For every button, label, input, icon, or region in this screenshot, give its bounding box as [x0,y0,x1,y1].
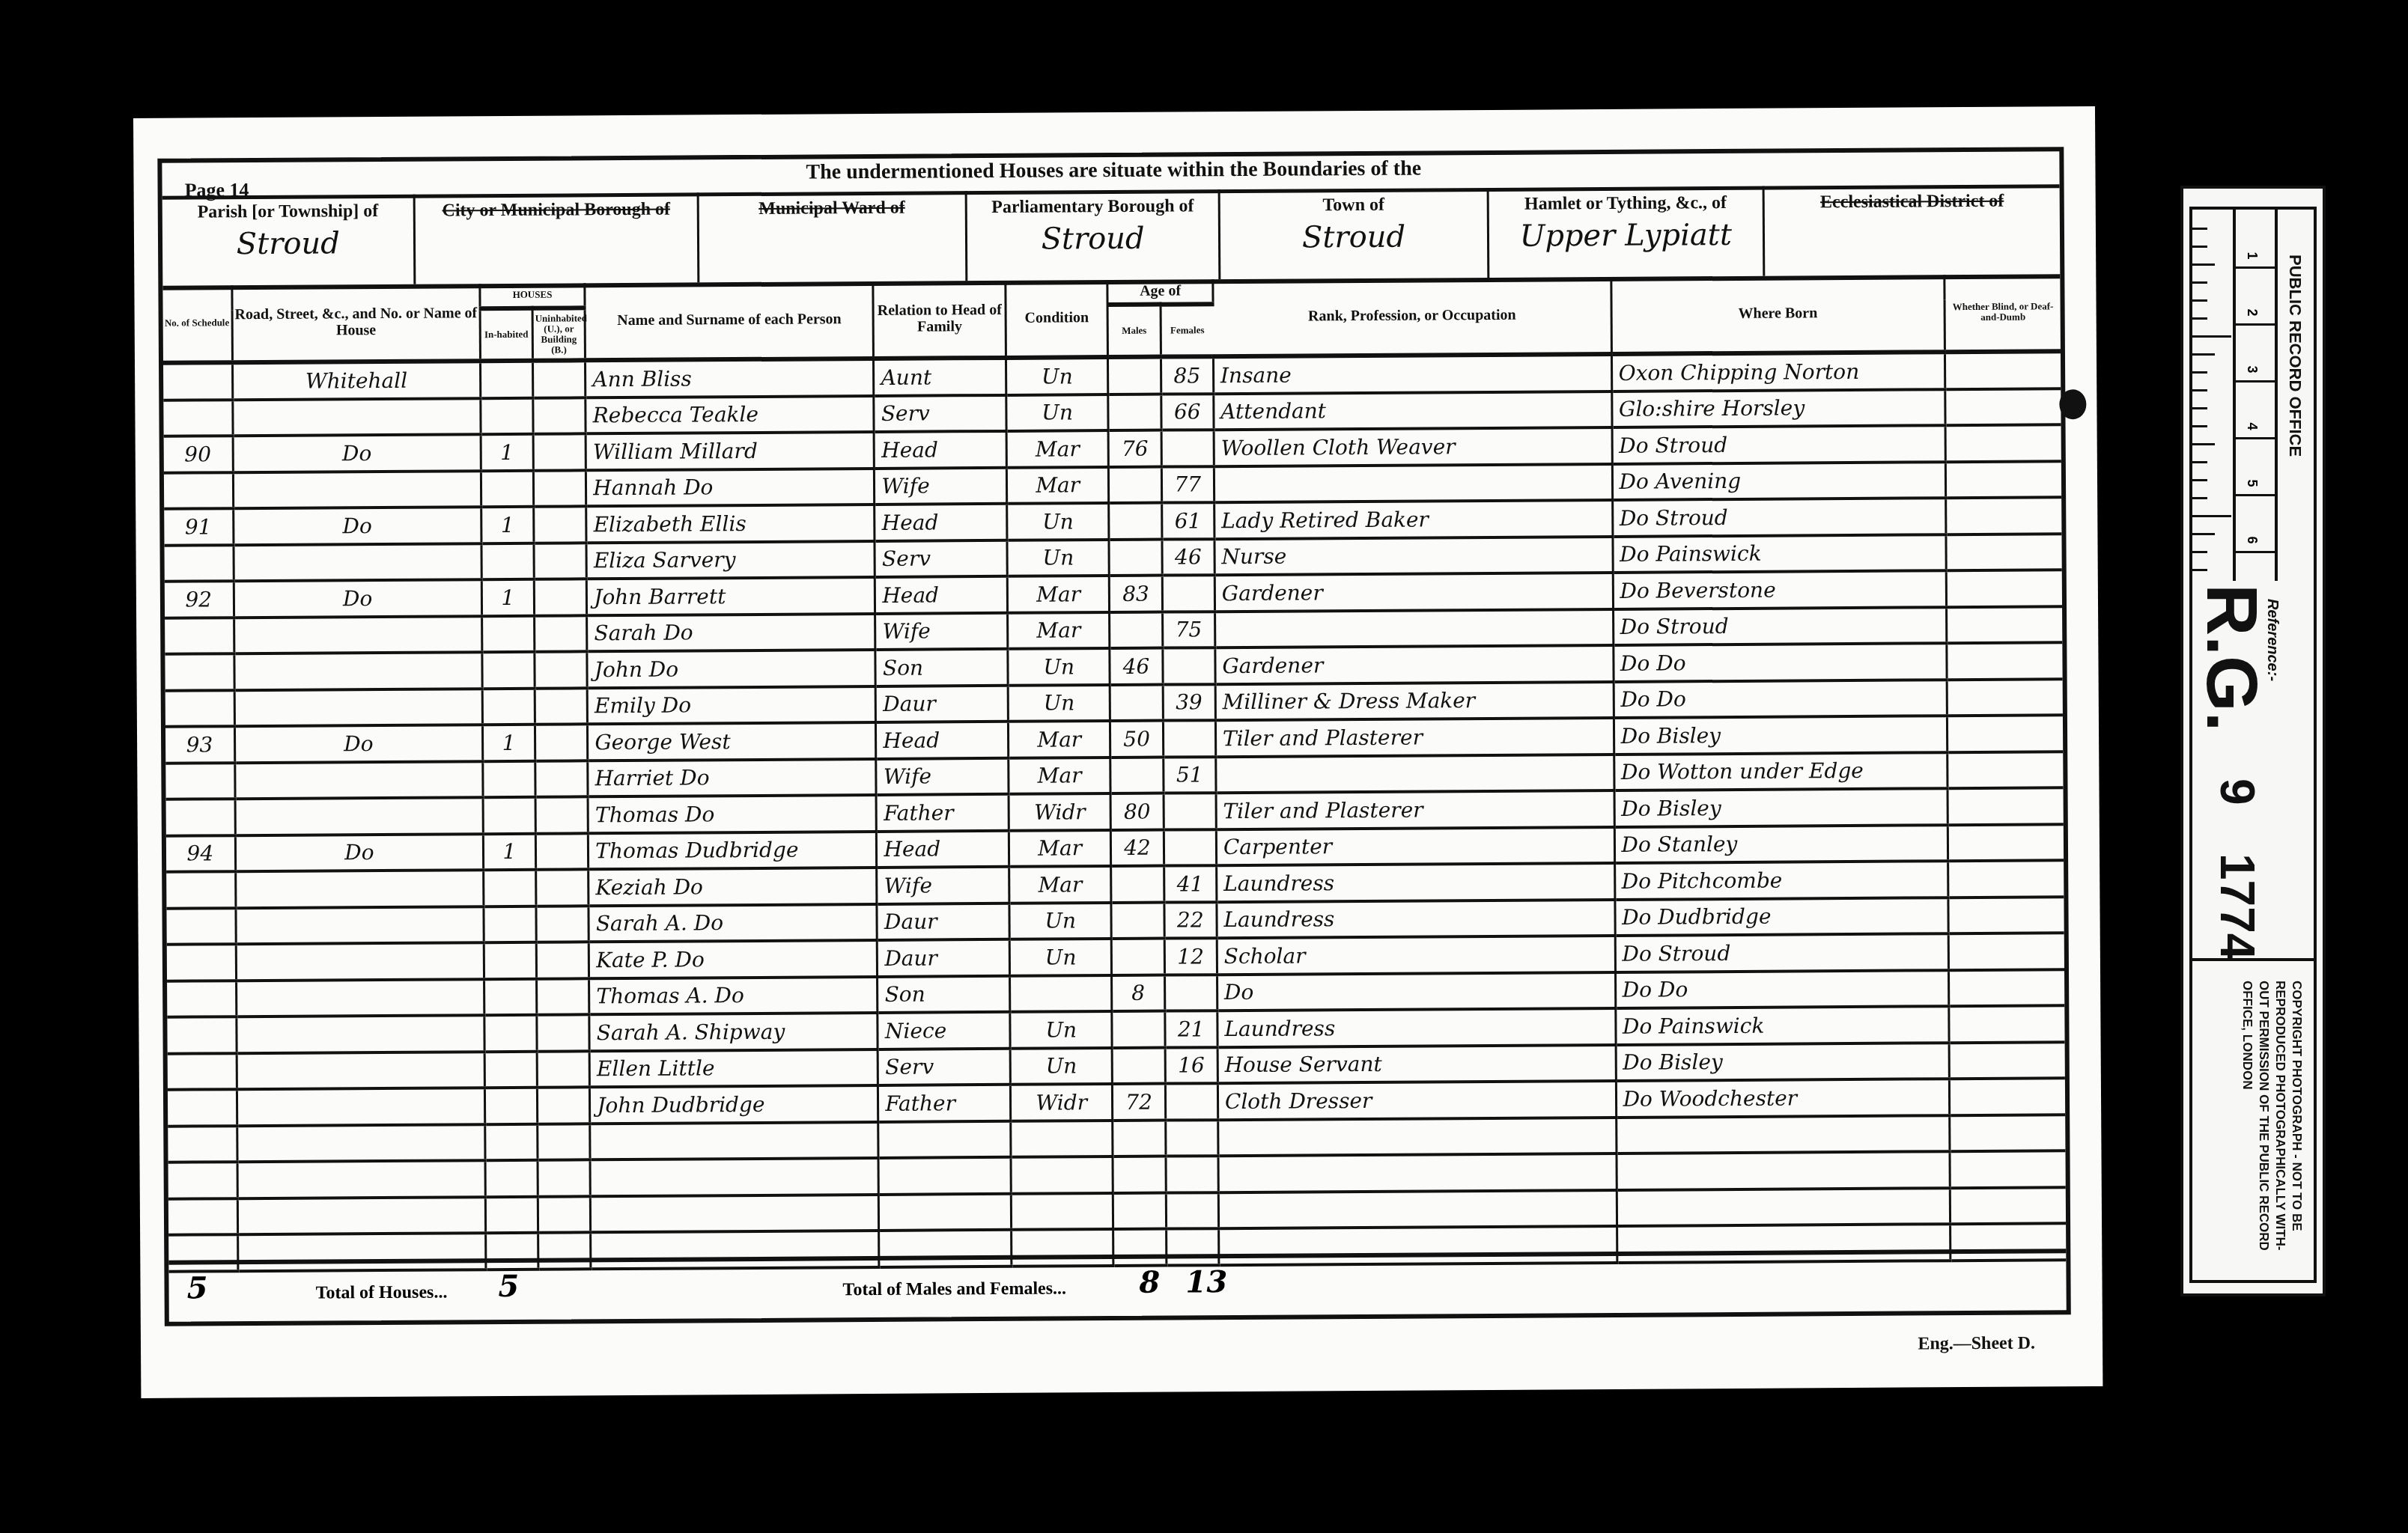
female-age-cell: 21 [1164,1011,1217,1047]
name-cell: William Millard [586,432,874,470]
relation-cell: Head [875,431,1007,469]
divider [2192,958,2314,961]
road-cell [233,398,481,436]
condition-cell: Un [1010,1011,1113,1048]
area-label: Hamlet or Tything, &c., of [1489,186,1762,213]
road-cell [236,979,484,1017]
ruler-tick [2192,228,2207,230]
birthplace-cell: Do Avening [1612,462,1946,500]
census-table: No. of Schedule Road, Street, &c., and N… [162,274,2066,1273]
condition-cell: Mar [1008,721,1110,758]
inhabited-cell: 1 [481,507,534,543]
male-age-cell [1113,1192,1167,1229]
blind-cell [1948,860,2064,897]
area-label: Ecclesiastical District of [1765,184,2060,211]
male-age-cell: 8 [1112,975,1165,1011]
uninhabited-cell [535,688,588,725]
ruler-tick [2192,281,2207,284]
name-cell: George West [588,722,876,761]
schedule-cell [164,545,234,582]
ruler-tick [2192,246,2207,248]
col-uninhabited: Uninhabited (U.), or Building (B.) [532,308,586,360]
ruler-tick [2192,371,2207,374]
inhabited-cell [481,543,535,579]
relation-cell: Son [878,975,1010,1013]
ruler-tick [2192,533,2215,535]
birthplace-cell: Do Do [1614,680,1948,718]
name-cell: Sarah A. Shipway [589,1013,878,1051]
uninhabited-cell [537,1087,590,1124]
blind-cell [1946,534,2062,570]
scale-cell: 5 [2233,437,2275,496]
schedule-cell [167,1017,237,1053]
area-value: Stroud [1220,219,1487,255]
schedule-cell [163,362,233,400]
female-age-cell [1166,1156,1219,1192]
area-value: Stroud [162,226,414,262]
uninhabited-cell [533,433,586,470]
persons-total-label: Total of Males and Females... [842,1278,1066,1300]
male-age-cell: 50 [1110,721,1164,758]
name-cell: Thomas A. Do [589,976,878,1014]
name-cell: Emily Do [587,686,875,724]
uninhabited-cell [533,470,586,507]
female-age-cell [1163,720,1216,757]
uninhabited-cell [537,1014,590,1051]
occupation-cell: Laundress [1216,863,1614,902]
schedules-count: 5 [186,1270,207,1305]
relation-cell: Daur [877,903,1009,940]
road-cell: Do [234,725,482,763]
birthplace-cell: Do Bisley [1616,1043,1950,1081]
area-0: Parish [or Township] ofStroud [162,195,416,286]
male-age-cell [1109,503,1162,540]
occupation-cell: Insane [1213,354,1611,394]
schedule-cell [163,400,233,436]
inhabited-cell [482,652,535,689]
name-cell: Rebecca Teakle [586,395,874,433]
schedule-cell [164,472,234,509]
name-cell: Harriet Do [588,758,876,796]
schedule-cell [168,1053,237,1090]
road-cell [236,942,484,981]
occupation-cell: Laundress [1217,899,1615,938]
scale-cell: 3 [2233,323,2275,383]
males-total-value: 8 [1139,1265,1160,1300]
birthplace-cell: Glo:shire Horsley [1611,389,1945,427]
road-cell [237,1015,484,1053]
schedule-cell [168,1089,237,1126]
condition-cell [1011,1121,1113,1157]
office-name: PUBLIC RECORD OFFICE [2285,255,2305,457]
schedule-cell [168,1198,238,1235]
birthplace-cell: Do Woodchester [1616,1079,1950,1117]
road-cell [233,471,481,509]
reference-prefix: R.G. [2195,584,2267,731]
occupation-cell [1218,1153,1617,1192]
relation-cell [879,1193,1012,1231]
occupation-cell: Nurse [1214,536,1613,575]
blind-cell [1946,606,2062,643]
area-4: Town ofStroud [1220,188,1489,279]
road-cell [237,1160,485,1198]
inhabited-cell [484,1051,538,1088]
birthplace-cell: Do Stroud [1612,425,1946,463]
col-females: Females [1161,304,1214,356]
area-5: Hamlet or Tything, &c., ofUpper Lypiatt [1489,186,1765,278]
male-age-cell [1109,539,1162,576]
name-cell [590,1158,878,1196]
ruler-tick [2192,497,2207,499]
road-cell [237,1197,485,1235]
inch-ruler [2192,210,2236,581]
schedule-cell: 91 [164,508,234,545]
female-age-cell: 46 [1162,539,1215,576]
condition-cell [1011,1193,1113,1230]
blind-cell [1945,388,2061,425]
relation-cell: Head [877,830,1009,868]
blind-cell [1949,1042,2065,1079]
inhabited-cell [483,797,536,834]
male-age-cell [1110,612,1163,648]
name-cell: Hannah Do [586,468,875,506]
census-form: Page 14 The undermentioned Houses are si… [157,147,2070,1326]
name-cell: Elizabeth Ellis [586,505,875,543]
ruler-tick [2192,353,2215,356]
occupation-cell [1214,609,1613,647]
name-cell: John Do [587,650,875,688]
birthplace-cell: Do Bisley [1614,788,1948,826]
condition-cell: Widr [1010,1084,1113,1121]
relation-cell: Daur [876,685,1009,722]
inhabited-cell [485,1196,538,1233]
male-age-cell [1113,1120,1166,1156]
relation-cell: Wife [875,612,1008,650]
cm-scale: 123456 [2233,210,2278,581]
occupation-cell: Cloth Dresser [1217,1081,1616,1120]
female-age-cell: 77 [1161,466,1214,503]
condition-cell: Mar [1006,467,1109,504]
relation-cell: Serv [874,394,1006,432]
occupation-cell [1216,754,1614,793]
uninhabited-cell [538,1196,591,1233]
blind-cell [1947,679,2063,716]
area-label: Municipal Ward of [699,191,965,218]
col-houses: HOUSES [480,283,586,308]
relation-cell: Wife [875,467,1007,505]
blind-cell [1949,1078,2065,1115]
blind-cell [1945,424,2061,461]
uninhabited-cell [538,1124,591,1160]
name-cell [591,1194,879,1232]
condition-cell: Mar [1009,866,1112,903]
scale-cell: 1 [2233,210,2275,269]
blind-cell [1948,752,2064,788]
ruler-tick [2192,515,2231,517]
occupation-cell: Tiler and Plasterer [1216,790,1614,829]
female-age-cell [1162,647,1215,684]
occupation-cell: Gardener [1215,645,1614,684]
name-cell: Sarah A. Do [589,903,877,942]
blind-cell [1945,461,2061,498]
area-2: Municipal Ward of [699,191,967,282]
inhabited-cell [483,761,536,797]
scale-number: 3 [2244,365,2260,373]
road-cell [237,1052,484,1090]
male-age-cell [1112,939,1165,975]
condition-cell [1010,975,1113,1012]
female-age-cell: 16 [1165,1047,1218,1084]
condition-cell: Mar [1009,758,1111,794]
uninhabited-cell [534,579,587,615]
occupation-cell: Tiler and Plasterer [1215,718,1614,757]
area-label: Town of [1220,188,1487,215]
ruler-tick [2192,551,2207,553]
road-cell [234,652,482,690]
condition-cell: Un [1006,357,1108,394]
occupation-cell [1218,1189,1617,1228]
schedule-cell: 90 [164,436,234,472]
relation-cell: Serv [875,540,1007,577]
schedule-cell [167,944,237,981]
col-age: Age of [1107,279,1213,305]
col-males: Males [1107,305,1161,357]
road-cell [235,870,483,908]
female-age-cell: 75 [1162,612,1215,648]
ruler-tick [2192,479,2207,481]
condition-cell [1011,1156,1113,1193]
male-age-cell: 83 [1110,576,1163,612]
female-age-cell: 41 [1164,865,1217,902]
road-cell [235,797,483,835]
inhabited-cell: 1 [481,434,534,471]
schedule-cell: 94 [166,835,236,872]
scale-number: 2 [2244,308,2260,316]
inhabited-cell [483,870,536,906]
relation-cell: Son [875,649,1008,686]
female-age-cell [1165,1120,1218,1156]
name-cell: John Dudbridge [590,1085,878,1124]
relation-cell: Wife [876,758,1009,795]
relation-cell: Head [876,722,1009,759]
name-cell: Eliza Sarvery [586,540,875,579]
uninhabited-cell [536,942,589,978]
male-age-cell: 46 [1110,648,1163,685]
condition-cell: Un [1008,685,1110,722]
reference-card: 123456 PUBLIC RECORD OFFICE Reference:- … [2180,186,2326,1296]
schedule-cell [165,763,235,799]
condition-cell: Mar [1008,612,1110,649]
condition-cell: Un [1009,903,1112,939]
blind-cell [1947,715,2063,752]
ruler-tick [2192,569,2207,571]
uninhabited-cell [534,506,587,543]
birthplace-cell: Do Beverstone [1613,570,1947,609]
condition-cell: Un [1007,540,1110,576]
houses-total-value: 5 [498,1269,519,1304]
blind-cell [1948,787,2064,824]
birthplace-cell: Do Stroud [1615,933,1949,972]
female-age-cell [1164,829,1217,866]
female-age-cell: 85 [1161,356,1214,394]
inhabited-cell [480,361,533,398]
uninhabited-cell [537,1051,590,1088]
reference-number: 1774 [2213,853,2261,960]
road-cell [234,689,482,727]
road-cell [237,1088,484,1126]
birthplace-cell: Do Dudbridge [1614,897,1948,936]
schedule-cell [165,653,234,690]
inhabited-cell [484,1088,538,1124]
schedule-cell [165,690,235,727]
occupation-cell: Attendant [1214,391,1612,430]
occupation-cell: Carpenter [1216,826,1614,865]
houses-total-label: Total of Houses... [316,1282,448,1303]
uninhabited-cell [536,869,589,906]
reference-piece: 9 [2213,778,2261,805]
ruler-tick [2192,443,2215,445]
scale-number: 4 [2244,422,2260,430]
uninhabited-cell [535,651,588,688]
road-cell [234,616,481,654]
uninhabited-cell [537,978,590,1015]
relation-cell: Daur [878,939,1010,977]
name-cell: Ellen Little [589,1049,878,1087]
inhabited-cell [481,397,534,434]
uninhabited-cell [538,1159,591,1196]
ruler-tick [2192,317,2207,320]
area-3: Parliamentary Borough ofStroud [967,189,1221,281]
occupation-cell: House Servant [1217,1044,1616,1083]
area-value [416,224,696,225]
birthplace-cell: Do Painswick [1612,534,1946,573]
ruler-tick [2192,389,2207,391]
birthplace-cell: Do Do [1615,970,1949,1008]
area-label: Parish [or Township] of [162,195,414,222]
female-age-cell [1166,1192,1219,1229]
occupation-cell: Laundress [1217,1008,1616,1047]
schedule-cell: 93 [165,726,235,763]
scale-cell: 6 [2233,494,2275,553]
female-age-cell [1161,430,1214,466]
male-age-cell [1108,394,1161,430]
relation-cell: Head [875,504,1007,541]
condition-cell: Mar [1006,430,1109,467]
female-age-cell [1165,1083,1218,1120]
occupation-cell: Gardener [1214,573,1613,612]
birthplace-cell: Do Painswick [1615,1006,1949,1044]
occupation-cell: Lady Retired Baker [1214,500,1613,539]
condition-cell: Un [1007,503,1110,540]
female-age-cell [1162,575,1215,612]
relation-cell: Head [875,576,1008,614]
road-cell [237,1124,485,1162]
schedule-cell: 92 [165,581,234,618]
area-value: Stroud [967,221,1219,257]
blind-cell [1948,933,2064,969]
occupation-cell: Milliner & Dress Maker [1215,681,1614,720]
blind-cell [1949,1005,2065,1042]
road-cell: Do [233,507,481,545]
uninhabited-cell [534,543,587,579]
area-value: Upper Lypiatt [1489,218,1763,254]
name-cell: Keziah Do [589,868,877,906]
condition-cell: Widr [1009,793,1111,830]
col-road: Road, Street, &c., and No. or Name of Ho… [232,284,481,362]
col-inhabited: In-habited [480,308,533,361]
road-cell [234,543,481,582]
blind-cell [1946,570,2062,606]
scale-number: 5 [2244,479,2260,487]
ruler-tick [2192,407,2207,409]
schedule-cell [165,618,234,654]
female-age-cell: 39 [1163,684,1216,721]
col-relation: Relation to Head of Family [873,281,1006,359]
road-cell: Do [235,834,483,872]
occupation-cell: Do [1217,972,1615,1011]
male-age-cell [1108,357,1161,394]
condition-cell: Mar [1009,830,1111,867]
inhabited-cell: 1 [483,833,536,870]
scale-number: 1 [2244,252,2260,259]
schedule-cell [168,1162,238,1198]
occupation-cell: Woollen Cloth Weaver [1214,427,1612,466]
area-value [1765,216,2060,217]
female-age-cell: 66 [1161,394,1214,430]
uninhabited-cell [535,724,588,761]
name-cell: Ann Bliss [586,359,874,397]
uninhabited-cell [535,796,589,833]
scale-number: 6 [2244,536,2260,543]
blind-cell [1945,351,2061,388]
blind-cell [1948,969,2064,1006]
male-age-cell: 80 [1110,793,1164,830]
birthplace-cell: Do Pitchcombe [1614,861,1948,899]
inhabited-cell [482,688,535,725]
birthplace-cell: Do Bisley [1614,716,1948,754]
male-age-cell [1110,757,1164,793]
blind-cell [1950,1115,2066,1151]
name-cell: Thomas Do [588,795,876,833]
male-age-cell: 76 [1108,430,1161,467]
condition-cell: Un [1008,648,1110,685]
condition-cell: Un [1006,394,1109,431]
male-age-cell [1110,684,1164,721]
birthplace-cell: Do Stroud [1613,607,1947,645]
sheet-note: Eng.—Sheet D. [1918,1334,2035,1355]
name-cell: Kate P. Do [589,940,877,978]
condition-cell: Un [1009,939,1112,975]
occupation-cell: Scholar [1217,936,1615,975]
blind-cell [1950,1187,2066,1224]
birthplace-cell: Oxon Chipping Norton [1611,352,1945,391]
uninhabited-cell [535,761,589,797]
birthplace-cell: Do Wotton under Edge [1614,752,1948,790]
relation-cell: Father [878,1085,1011,1122]
inhabited-cell [481,615,535,652]
ruler-tick [2192,335,2231,338]
blind-cell [1948,897,2064,933]
females-total-value: 13 [1185,1264,1227,1299]
col-blind: Whether Blind, or Deaf-and-Dumb [1945,274,2061,352]
scale-cell: 2 [2233,266,2275,326]
col-name: Name and Surname of each Person [585,281,874,360]
relation-cell: Serv [878,1048,1011,1085]
area-label: City or Municipal Borough of [416,192,696,219]
birthplace-cell: Do Do [1613,643,1947,681]
schedule-cell [168,1126,237,1162]
blind-cell [1950,1150,2066,1187]
